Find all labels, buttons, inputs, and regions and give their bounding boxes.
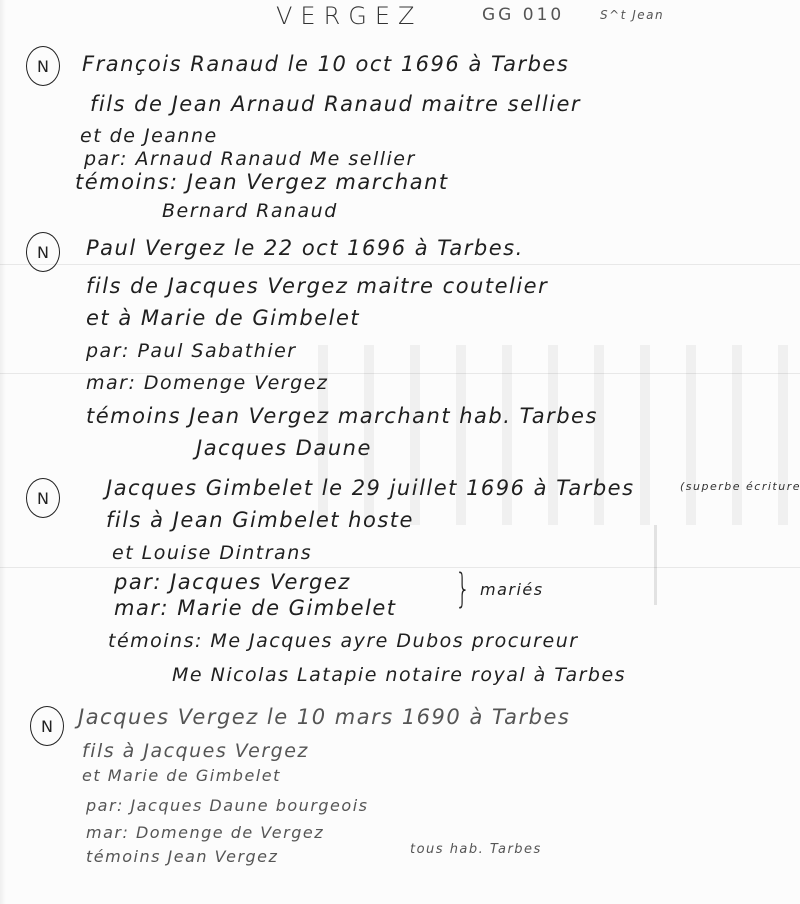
entry-2-line-7: Jacques Daune bbox=[196, 436, 372, 460]
entry-3-line-2: fils à Jean Gimbelet hoste bbox=[106, 508, 414, 532]
entry-1-line-1: François Ranaud le 10 oct 1696 à Tarbes bbox=[82, 52, 569, 76]
fold-line bbox=[0, 264, 800, 265]
entry-3-line-7: Me Nicolas Latapie notaire royal à Tarbe… bbox=[172, 664, 626, 686]
entry-1-line-4: par: Arnaud Ranaud Me sellier bbox=[84, 148, 416, 170]
entry-4-line-1: Jacques Vergez le 10 mars 1690 à Tarbes bbox=[78, 705, 570, 729]
entry-1-line-2: fils de Jean Arnaud Ranaud maitre sellie… bbox=[90, 92, 581, 116]
entry-2-line-5: mar: Domenge Vergez bbox=[86, 372, 328, 394]
entry-3-line-1: Jacques Gimbelet le 29 juillet 1696 à Ta… bbox=[106, 476, 635, 500]
circled-n-mark: N bbox=[26, 478, 60, 518]
entry-2-line-4: par: Paul Sabathier bbox=[86, 340, 297, 362]
entry-3-line-3: et Louise Dintrans bbox=[112, 542, 312, 564]
brace-mark: } bbox=[455, 566, 470, 612]
entry-4-line-6: témoins Jean Vergez bbox=[86, 847, 278, 866]
scanned-page: VERGEZ GG 010 S^t Jean N François Ranaud… bbox=[0, 0, 800, 904]
entry-3-annotation: (superbe écriture) bbox=[680, 480, 800, 493]
scan-artifact bbox=[640, 525, 700, 605]
mark-label: N bbox=[37, 489, 49, 508]
mark-label: N bbox=[37, 57, 49, 76]
entry-2-line-6: témoins Jean Vergez marchant hab. Tarbes bbox=[86, 404, 598, 428]
entry-4-line-2: fils à Jacques Vergez bbox=[82, 740, 309, 762]
mark-label: N bbox=[37, 243, 49, 262]
entry-3-line-4: par: Jacques Vergez bbox=[114, 570, 351, 594]
entry-4-residence-note: tous hab. Tarbes bbox=[410, 842, 542, 857]
entry-3-married-note: mariés bbox=[480, 580, 544, 599]
document-surname: VERGEZ bbox=[276, 2, 422, 30]
entry-4-line-3: et Marie de Gimbelet bbox=[82, 766, 281, 785]
entry-1-line-6: Bernard Ranaud bbox=[162, 200, 338, 222]
mark-label: N bbox=[41, 717, 53, 736]
archive-reference: GG 010 bbox=[482, 5, 564, 25]
entry-2-line-3: et à Marie de Gimbelet bbox=[86, 306, 360, 330]
entry-1-line-3: et de Jeanne bbox=[80, 125, 218, 147]
entry-3-line-6: témoins: Me Jacques ayre Dubos procureur bbox=[108, 630, 579, 652]
fold-line bbox=[0, 567, 800, 568]
entry-4-line-4: par: Jacques Daune bourgeois bbox=[86, 796, 368, 815]
entry-2-line-1: Paul Vergez le 22 oct 1696 à Tarbes. bbox=[86, 236, 524, 260]
circled-n-mark: N bbox=[30, 706, 64, 746]
parish-name: S^t Jean bbox=[600, 8, 664, 22]
circled-n-mark: N bbox=[26, 232, 60, 272]
entry-4-line-5: mar: Domenge de Vergez bbox=[86, 823, 324, 842]
entry-3-line-5: mar: Marie de Gimbelet bbox=[114, 596, 397, 620]
circled-n-mark: N bbox=[26, 46, 60, 86]
entry-2-line-2: fils de Jacques Vergez maitre coutelier bbox=[86, 274, 548, 298]
entry-1-line-5: témoins: Jean Vergez marchant bbox=[75, 170, 449, 194]
